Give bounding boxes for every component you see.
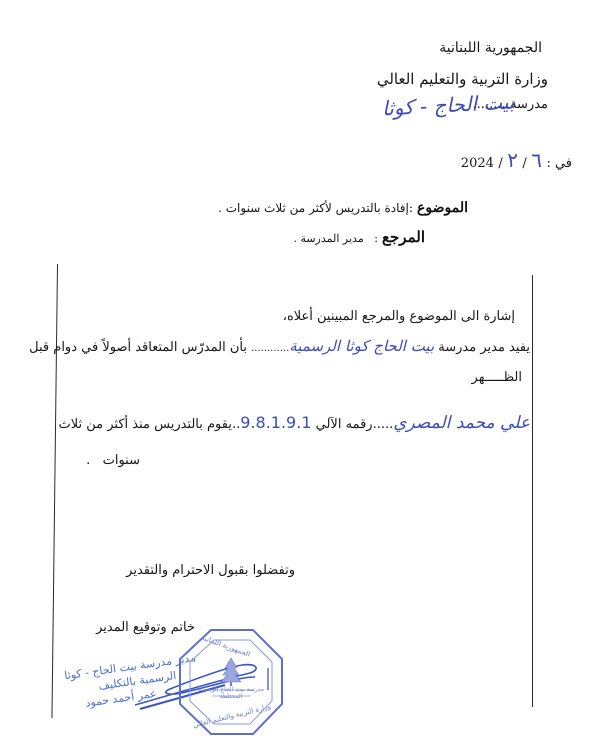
body-line-2: يفيد مدير مدرسة بيت الحاج كوثا الرسمية..… [70,337,530,355]
body-line4-mid: رقمه الآلي [316,417,373,432]
closing-text: وتفضلوا بقبول الاحترام والتقدير [126,563,295,578]
body-line2-start: يفيد مدير مدرسة [438,340,530,355]
reference-label: المرجع [382,228,425,246]
stamp-center-text: مدرسة بيت الحاج الرسمية المختلطة [196,686,266,700]
subject-label: الموضوع [417,200,468,216]
left-margin-line [51,264,58,718]
body-line4-end: يقوم بالتدريس منذ أكثر من ثلاث [59,417,232,432]
school-label: مدرسة [510,97,548,112]
date-month-handwritten: ٦ [531,148,542,172]
country-heading: الجمهورية اللبنانية [439,40,542,56]
body-line2-dots: ............ [251,343,289,354]
body-line2-end: بأن المدرّس المتعاقد أصولاً في دوام قبل [29,340,247,355]
reference-line: المرجع : مدير المدرسة . [293,228,425,246]
date-line: 2024 / ٦ / ٢ في : [461,148,572,172]
subject-line: الموضوع :إفادة بالتدريس لأكثر من ثلاث سن… [218,200,468,216]
ministry-heading: وزارة التربية والتعليم العالي [377,70,548,88]
body-line4-dots2: .. [232,417,240,432]
employee-number-handwritten: 9.8.1.9.1 [240,413,311,432]
official-stamp: الجمهورية اللبنانية مدرسة بيت الحاج الرس… [178,628,284,736]
date-prefix: في : [546,156,572,171]
body-line-1: إشارة الى الموضوع والمرجع المبينين أعلاه… [283,309,515,324]
body-line-4: علي محمد المصري.....رقمه الآلي 9.8.1.9.1… [70,413,530,433]
teacher-name-handwritten: علي محمد المصري [393,413,530,433]
body-line-3: الظـــــهر [472,370,522,385]
body-line-5: سنوات . [86,453,140,468]
body-line2-school-handwritten: بيت الحاج كوثا الرسمية [289,337,434,355]
body-line4-dots1: ..... [373,417,394,432]
subject-text: :إفادة بالتدريس لأكثر من ثلاث سنوات . [218,201,413,215]
date-year: 2024 [461,156,494,171]
date-day-handwritten: ٢ [507,148,518,172]
right-margin-line [532,275,533,707]
school-name-handwritten: بيت الحاج - كوثا [381,90,515,121]
reference-text: : مدير المدرسة . [293,232,377,245]
